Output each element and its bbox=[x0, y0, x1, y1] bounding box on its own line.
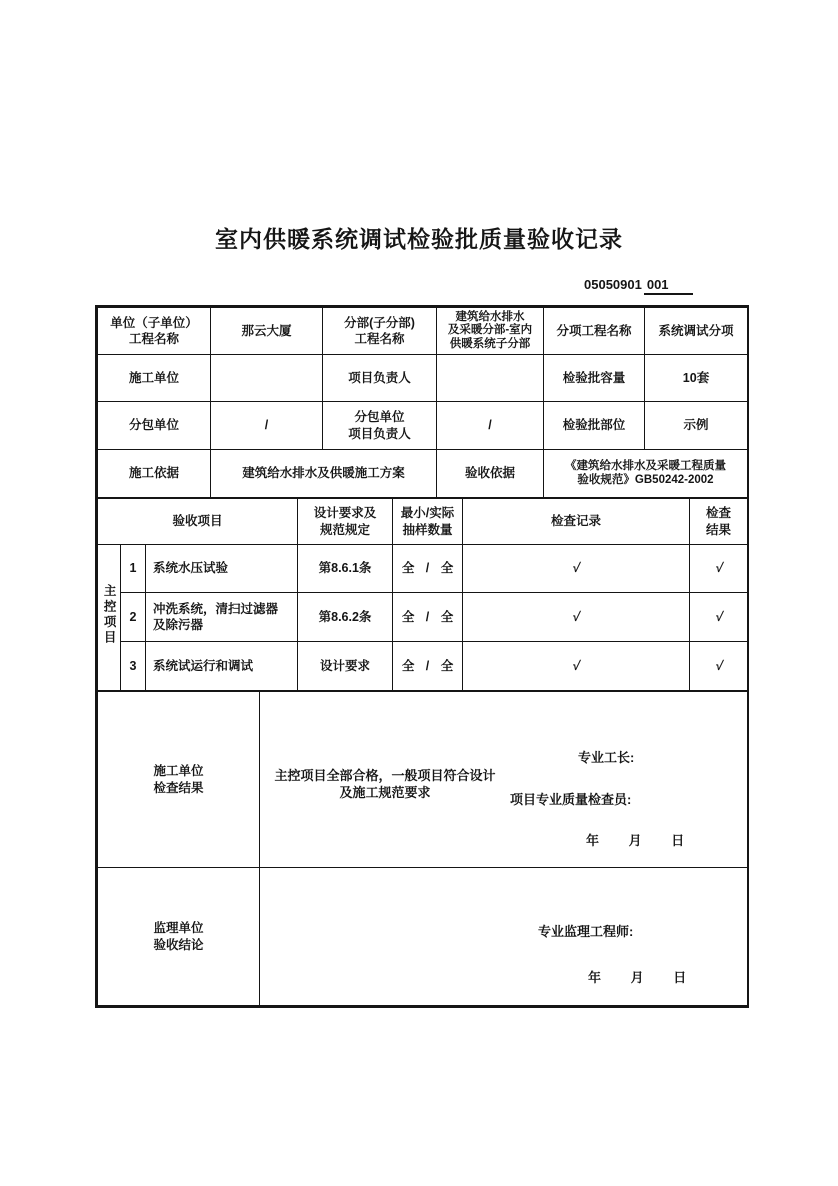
project-leader-label: 项目负责人 bbox=[323, 355, 437, 402]
table-row: 分包单位 / 分包单位 项目负责人 / 检验批部位 示例 bbox=[98, 402, 748, 450]
table-row: 监理单位 验收结论 专业监理工程师: 年 月 日 bbox=[98, 868, 748, 1006]
foreman-signature-label: 专业工长: bbox=[578, 750, 634, 767]
item-sampling: 全 / 全 bbox=[393, 545, 463, 593]
subdivision-project-name-value: 建筑给水排水 及采暖分部-室内 供暖系统子分部 bbox=[437, 308, 544, 355]
checkmark: √ bbox=[571, 560, 581, 577]
document-title: 室内供暖系统调试检验批质量验收记录 bbox=[0, 221, 838, 254]
serial-number: 05050901001 bbox=[584, 277, 693, 295]
construction-check-result-cell: 主控项目全部合格，一般项目符合设计 及施工规范要求 专业工长: 项目专业质量检查… bbox=[260, 692, 748, 868]
item-project-name-label: 分项工程名称 bbox=[544, 308, 645, 355]
inspection-item-header: 验收项目 bbox=[98, 499, 298, 545]
checkmark: √ bbox=[713, 609, 723, 626]
checkmark: √ bbox=[571, 609, 581, 626]
item-name: 系统水压试验 bbox=[146, 545, 298, 593]
item-requirement: 设计要求 bbox=[298, 642, 393, 691]
item-number: 2 bbox=[121, 593, 146, 642]
item-sampling: 全 / 全 bbox=[393, 593, 463, 642]
document-page: 室内供暖系统调试检验批质量验收记录 05050901001 单位（子单位） 工程… bbox=[0, 0, 838, 1186]
unit-project-name-label: 单位（子单位） 工程名称 bbox=[98, 308, 211, 355]
table-row: 施工依据 建筑给水排水及供暖施工方案 验收依据 《建筑给水排水及采暖工程质量 验… bbox=[98, 450, 748, 498]
item-name: 系统试运行和调试 bbox=[146, 642, 298, 691]
subcontractor-value: / bbox=[211, 402, 323, 450]
table-header-row: 验收项目 设计要求及 规范规定 最小/实际 抽样数量 检查记录 检查 结果 bbox=[98, 499, 748, 545]
item-requirement: 第8.6.2条 bbox=[298, 593, 393, 642]
quality-inspector-signature-label: 项目专业质量检查员: bbox=[510, 792, 631, 809]
item-record-cell: √ bbox=[463, 545, 690, 593]
construction-conclusion-text: 主控项目全部合格，一般项目符合设计 及施工规范要求 bbox=[266, 768, 504, 802]
item-number: 1 bbox=[121, 545, 146, 593]
unit-project-name-value: 那云大厦 bbox=[211, 308, 323, 355]
check-result-header: 检查 结果 bbox=[690, 499, 748, 545]
checkmark: √ bbox=[713, 658, 723, 675]
batch-location-label: 检验批部位 bbox=[544, 402, 645, 450]
supervision-date-line: 年 月 日 bbox=[588, 970, 686, 987]
table-row: 2 冲洗系统，清扫过滤器 及除污器 第8.6.2条 全 / 全 √ √ bbox=[98, 593, 748, 642]
item-record-cell: √ bbox=[463, 593, 690, 642]
table-row: 施工单位 项目负责人 检验批容量 10套 bbox=[98, 355, 748, 402]
project-info-table: 单位（子单位） 工程名称 那云大厦 分部(子分部) 工程名称 建筑给水排水 及采… bbox=[97, 307, 748, 498]
checkmark: √ bbox=[713, 560, 723, 577]
construction-unit-label: 施工单位 bbox=[98, 355, 211, 402]
main-control-group-cell: 主控项目 bbox=[98, 545, 121, 691]
signoff-table: 施工单位 检查结果 主控项目全部合格，一般项目符合设计 及施工规范要求 专业工长… bbox=[97, 691, 748, 1006]
batch-capacity-value: 10套 bbox=[645, 355, 748, 402]
batch-location-value: 示例 bbox=[645, 402, 748, 450]
item-record-cell: √ bbox=[463, 642, 690, 691]
table-row: 单位（子单位） 工程名称 那云大厦 分部(子分部) 工程名称 建筑给水排水 及采… bbox=[98, 308, 748, 355]
check-record-header: 检查记录 bbox=[463, 499, 690, 545]
main-control-group-label: 主控项目 bbox=[101, 584, 117, 646]
item-sampling: 全 / 全 bbox=[393, 642, 463, 691]
construction-unit-value bbox=[211, 355, 323, 402]
project-leader-value bbox=[437, 355, 544, 402]
construction-basis-value: 建筑给水排水及供暖施工方案 bbox=[211, 450, 437, 498]
construction-check-result-label: 施工单位 检查结果 bbox=[98, 692, 260, 868]
batch-capacity-label: 检验批容量 bbox=[544, 355, 645, 402]
supervision-engineer-signature-label: 专业监理工程师: bbox=[538, 924, 633, 941]
subdivision-project-name-label: 分部(子分部) 工程名称 bbox=[323, 308, 437, 355]
item-result-cell: √ bbox=[690, 545, 748, 593]
item-project-name-value: 系统调试分项 bbox=[645, 308, 748, 355]
acceptance-basis-value: 《建筑给水排水及采暖工程质量 验收规范》GB50242-2002 bbox=[544, 450, 748, 498]
sampling-quantity-header: 最小/实际 抽样数量 bbox=[393, 499, 463, 545]
table-row: 施工单位 检查结果 主控项目全部合格，一般项目符合设计 及施工规范要求 专业工长… bbox=[98, 692, 748, 868]
subcontractor-label: 分包单位 bbox=[98, 402, 211, 450]
item-result-cell: √ bbox=[690, 593, 748, 642]
subcontractor-leader-label: 分包单位 项目负责人 bbox=[323, 402, 437, 450]
table-row: 主控项目 1 系统水压试验 第8.6.1条 全 / 全 √ √ bbox=[98, 545, 748, 593]
item-result-cell: √ bbox=[690, 642, 748, 691]
serial-prefix: 05050901 bbox=[584, 277, 642, 292]
construction-basis-label: 施工依据 bbox=[98, 450, 211, 498]
acceptance-form: 单位（子单位） 工程名称 那云大厦 分部(子分部) 工程名称 建筑给水排水 及采… bbox=[95, 305, 749, 1008]
item-name: 冲洗系统，清扫过滤器 及除污器 bbox=[146, 593, 298, 642]
subcontractor-leader-value: / bbox=[437, 402, 544, 450]
supervision-conclusion-cell: 专业监理工程师: 年 月 日 bbox=[260, 868, 748, 1006]
serial-suffix: 001 bbox=[644, 277, 693, 295]
item-requirement: 第8.6.1条 bbox=[298, 545, 393, 593]
item-number: 3 bbox=[121, 642, 146, 691]
table-row: 3 系统试运行和调试 设计要求 全 / 全 √ √ bbox=[98, 642, 748, 691]
checkmark: √ bbox=[571, 658, 581, 675]
acceptance-basis-label: 验收依据 bbox=[437, 450, 544, 498]
construction-date-line: 年 月 日 bbox=[586, 833, 684, 850]
inspection-items-table: 验收项目 设计要求及 规范规定 最小/实际 抽样数量 检查记录 检查 结果 主控… bbox=[97, 498, 748, 691]
design-requirement-header: 设计要求及 规范规定 bbox=[298, 499, 393, 545]
supervision-conclusion-label: 监理单位 验收结论 bbox=[98, 868, 260, 1006]
